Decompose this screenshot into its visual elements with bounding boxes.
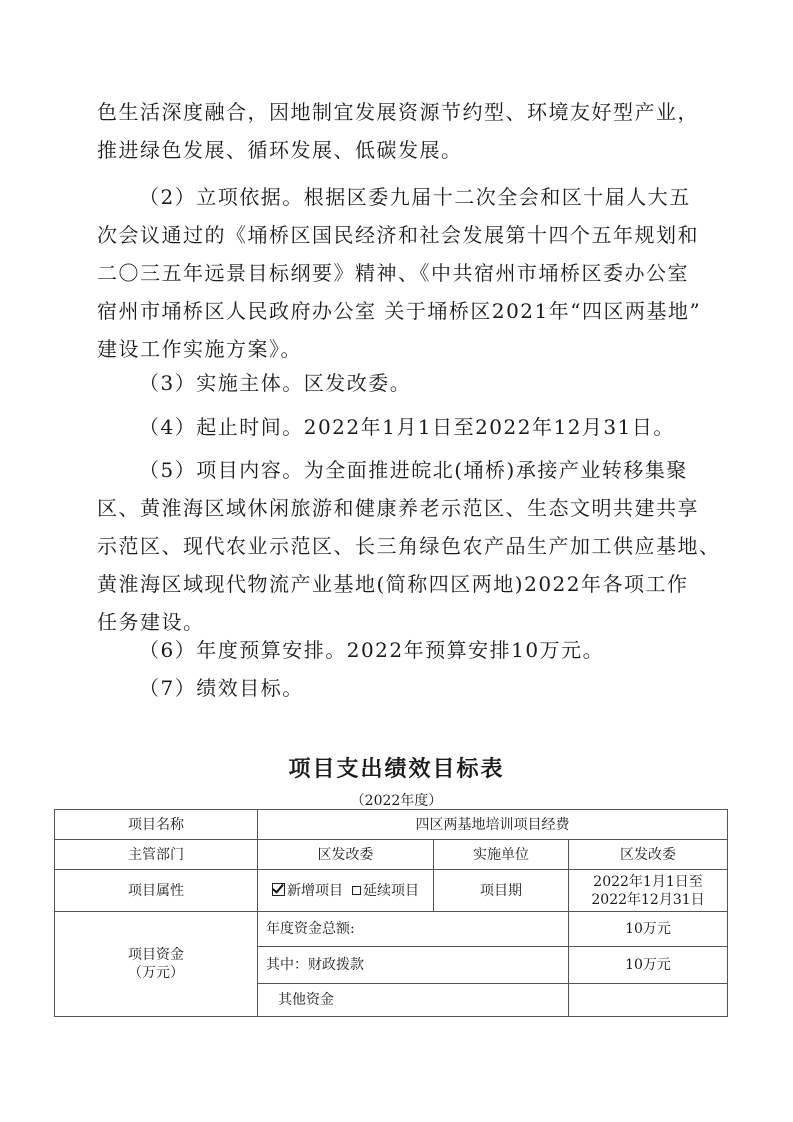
attr-options: 新增项目 延续项目 [258,870,434,912]
fiscal-value: 10万元 [569,947,728,984]
continuation-paragraph: 色生活深度融合，因地制宜发展资源节约型、环境友好型产业， 推进绿色发展、循环发展… [97,93,697,169]
performance-target-table: 项目名称 四区两基地培训项目经费 主管部门 区发改委 实施单位 区发改委 项目属… [54,809,728,1017]
item-2-paragraph: （2）立项依据。根据区委九届十二次全会和区十届人大五 次会议通过的《埇桥区国民经… [97,178,697,368]
table-row: 项目属性 新增项目 延续项目 项目期 2022年1月1日至 2022年12月31… [55,870,728,912]
attr-option-new: 新增项目 [287,883,343,899]
funds-label-line-2: （万元） [59,964,253,982]
dept-label: 主管部门 [55,840,258,870]
text-line: 色生活深度融合，因地制宜发展资源节约型、环境友好型产业， [97,93,697,131]
text-line: （6）年度预算安排。2022年预算安排10万元。 [97,631,697,669]
checkbox-checked-icon[interactable] [272,883,285,896]
text-line: 推进绿色发展、循环发展、低碳发展。 [97,131,697,169]
text-line: 黄淮海区域现代物流产业基地(简称四区两地)2022年各项工作 [97,565,697,603]
table-row: 项目资金 （万元） 年度资金总额: 10万元 [55,912,728,947]
other-funds-label: 其他资金 [258,984,569,1017]
fiscal-label: 其中：财政拨款 [258,947,569,984]
item-4-paragraph: （4）起止时间。2022年1月1日至2022年12月31日。 [97,408,697,446]
text-line: 区、黄淮海区域休闲旅游和健康养老示范区、生态文明共建共享 [97,489,697,527]
funds-label-line-1: 项目资金 [59,946,253,964]
project-name-value: 四区两基地培训项目经费 [258,810,728,840]
text-line: （7）绩效目标。 [97,669,697,707]
item-6-paragraph: （6）年度预算安排。2022年预算安排10万元。 [97,631,697,669]
annual-total-value: 10万元 [569,912,728,947]
attr-option-cont: 延续项目 [363,883,419,899]
table-row: 主管部门 区发改委 实施单位 区发改委 [55,840,728,870]
checkbox-unchecked-icon[interactable] [352,886,361,895]
item-7-paragraph: （7）绩效目标。 [97,669,697,707]
text-line: （4）起止时间。2022年1月1日至2022年12月31日。 [97,408,697,446]
item-5-paragraph: （5）项目内容。为全面推进皖北(埇桥)承接产业转移集聚 区、黄淮海区域休闲旅游和… [97,451,697,641]
text-line: 次会议通过的《埇桥区国民经济和社会发展第十四个五年规划和 [97,216,697,254]
text-line: 宿州市埇桥区人民政府办公室 关于埇桥区2021年“四区两基地” [97,292,697,330]
item-3-paragraph: （3）实施主体。区发改委。 [97,364,697,402]
text-line: 二〇三五年远景目标纲要》精神、《中共宿州市埇桥区委办公室 [97,254,697,292]
text-line: （2）立项依据。根据区委九届十二次全会和区十届人大五 [97,178,697,216]
text-line: （5）项目内容。为全面推进皖北(埇桥)承接产业转移集聚 [97,451,697,489]
period-value: 2022年1月1日至 2022年12月31日 [569,870,728,912]
period-line-2: 2022年12月31日 [573,891,723,909]
annual-total-label: 年度资金总额: [258,912,569,947]
period-label: 项目期 [434,870,569,912]
text-line: 建设工作实施方案》。 [97,330,697,368]
other-funds-value [569,984,728,1017]
period-line-1: 2022年1月1日至 [573,873,723,891]
text-line: 示范区、现代农业示范区、长三角绿色农产品生产加工供应基地、 [97,527,697,565]
project-name-label: 项目名称 [55,810,258,840]
table-subtitle: （2022年度） [0,790,793,810]
text-line: （3）实施主体。区发改委。 [97,364,697,402]
impl-value: 区发改委 [569,840,728,870]
dept-value: 区发改委 [258,840,434,870]
table-row: 项目名称 四区两基地培训项目经费 [55,810,728,840]
impl-label: 实施单位 [434,840,569,870]
table-title: 项目支出绩效目标表 [0,752,793,783]
attr-label: 项目属性 [55,870,258,912]
funds-label: 项目资金 （万元） [55,912,258,1017]
